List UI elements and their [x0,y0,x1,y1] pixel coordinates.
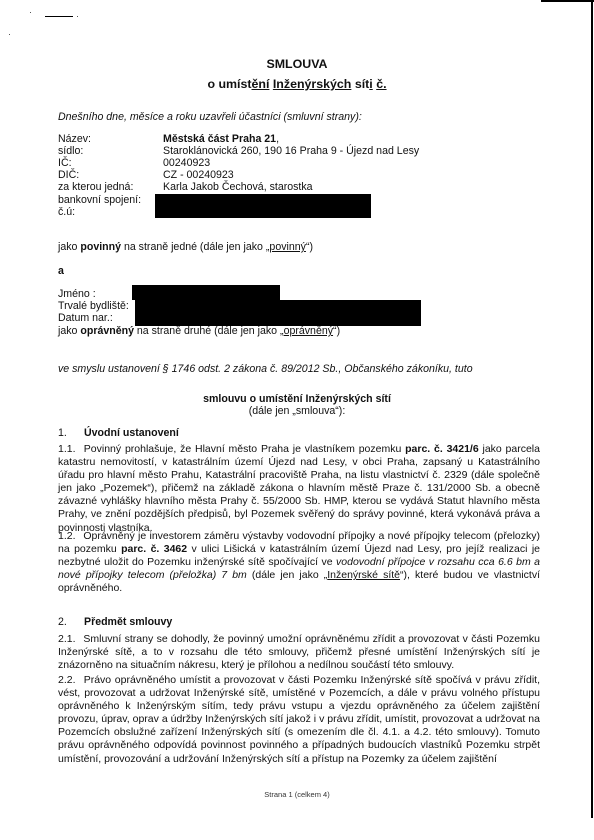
field-label: Trvalé bydliště: [58,300,129,312]
section-number: 1. [58,427,84,439]
scan-dot [9,34,10,35]
field-label: DIČ: [58,169,79,181]
field-label: za kterou jedná: [58,181,133,193]
section-title: Úvodní ustanovení [84,427,179,439]
parcel-number: parc. č. 3462 [121,543,187,555]
paragraph-number: 1.1. [58,443,80,456]
paragraph-2-2: 2.2. Právo oprávněného umístit a provozo… [58,674,540,766]
role-text: na straně jedné (dále jen jako „ [121,241,269,253]
section-heading-2: 2.Předmět smlouvy [58,616,172,628]
field-label: č.ú: [58,206,75,218]
defined-term: Inženýrské sítě [327,569,400,581]
role-text: oprávněný [284,325,333,337]
paragraph-text: jako parcela katastru nemovitostí, v kat… [58,443,540,534]
section-number: 2. [58,616,84,628]
role-text: na straně druhé (dále jen jako „ [134,325,284,337]
subtitle-text: o umíst [207,77,251,91]
party-1-role: jako povinný na straně jedné (dále jen j… [58,241,313,253]
role-text: povinný [269,241,306,253]
field-value-address: Staroklánovická 260, 190 16 Praha 9 - Új… [163,145,419,157]
intro-text: Dnešního dne, měsíce a roku uzavřeli úča… [58,111,362,123]
paragraph-text: Smluvní strany se dohodly, že povinný um… [58,633,540,671]
role-text: “) [333,325,340,337]
party-1-name: Městská část Praha 21 [163,133,276,145]
subtitle-text: Inženýrských [273,77,352,91]
scan-dot [77,16,78,17]
field-label: bankovní spojení: [58,194,141,206]
field-value-representative: Karla Jakob Čechová, starostka [163,181,313,193]
scan-frame-top-line [541,0,594,2]
subtitle-text: č. [376,77,386,91]
paragraph-number: 2.2. [58,674,80,687]
section-title: Předmět smlouvy [84,616,172,628]
redaction-address-birthdate [135,300,421,326]
scan-dot [30,12,31,13]
parcel-number: parc. č. 3421/6 [405,443,479,455]
role-text: oprávněný [80,325,134,337]
field-value-ic: 00240923 [163,157,210,169]
page-footer: Strana 1 (celkem 4) [0,790,594,799]
paragraph-number: 1.2. [58,530,80,543]
paragraph-2-1: 2.1. Smluvní strany se dohodly, že povin… [58,633,540,672]
role-text: jako [58,241,80,253]
paragraph-1-2: 1.2. Oprávněný je investorem záměru výst… [58,530,540,595]
field-label: Jméno : [58,288,96,300]
subtitle-text: ění [252,77,270,91]
punctuation: , [276,133,279,145]
legal-basis: ve smyslu ustanovení § 1746 odst. 2 záko… [58,363,473,375]
field-label: Název: [58,133,91,145]
contract-name: smlouvu o umístění Inženýrských sítí [0,393,594,406]
field-value-dic: CZ - 00240923 [163,169,234,181]
field-label: IČ: [58,157,72,169]
paragraph-number: 2.1. [58,633,80,646]
role-text: povinný [80,241,121,253]
paragraph-text: Právo oprávněného umístit a provozovat v… [58,674,540,765]
field-label: Datum nar.: [58,312,113,324]
paragraph-text: Povinný prohlašuje, že Hlavní město Prah… [84,443,405,455]
role-text: “) [306,241,313,253]
field-label: sídlo: [58,145,83,157]
subtitle-text: sít [355,77,369,91]
field-value-name: Městská část Praha 21, [163,133,279,145]
redaction-name [132,285,280,300]
party-2-role: jako oprávněný na straně druhé (dále jen… [58,325,340,337]
document-subtitle: o umístění Inženýrských síti č. [0,77,594,91]
paragraph-text: (dále jen jako „ [247,569,327,581]
conjunction-and: a [58,265,64,277]
document-title: SMLOUVA [0,57,594,71]
role-text: jako [58,325,80,337]
contract-alias: (dále jen „smlouva“): [0,405,594,418]
section-heading-1: 1.Úvodní ustanovení [58,427,179,439]
subtitle-text: i [369,77,372,91]
scan-mark-line [45,16,73,17]
redaction-bank-details [155,194,371,218]
paragraph-1-1: 1.1. Povinný prohlašuje, že Hlavní město… [58,443,540,535]
